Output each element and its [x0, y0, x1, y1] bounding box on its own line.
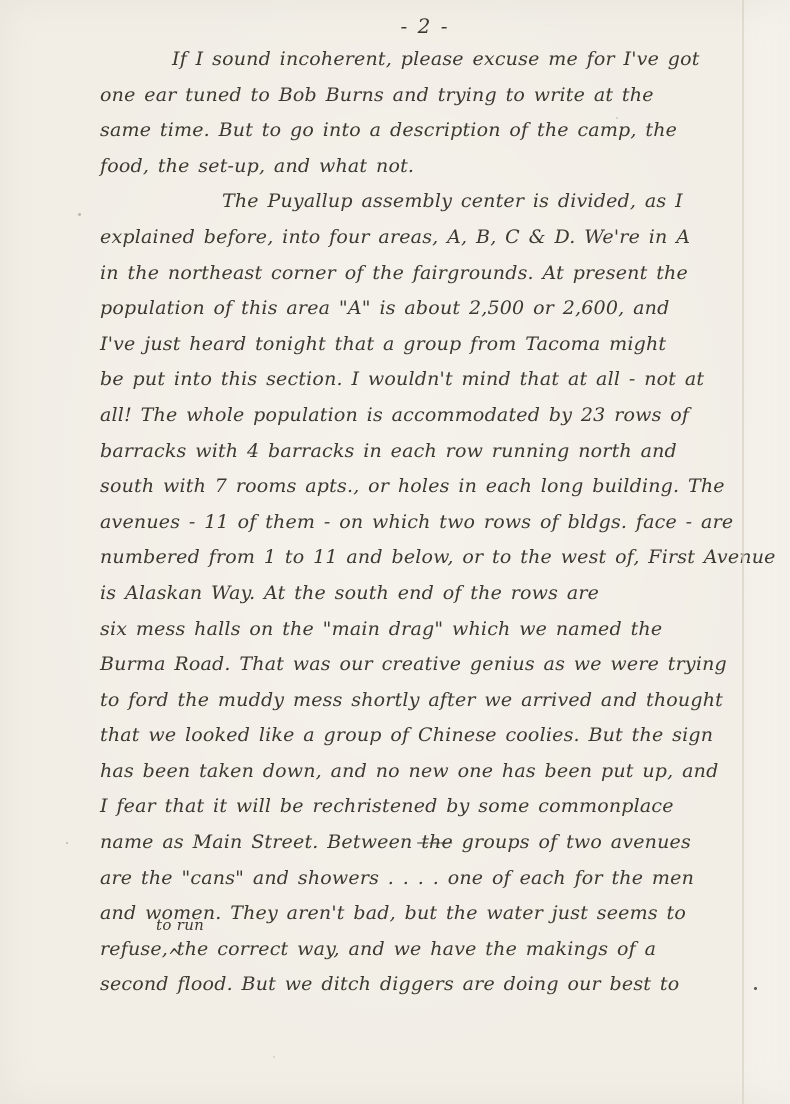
- paper-fold-line: [742, 0, 744, 1104]
- paper-speck: [616, 117, 618, 119]
- handwritten-line: be put into this section. I wouldn't min…: [100, 362, 748, 398]
- page-number: - 2 -: [360, 14, 490, 38]
- handwritten-line: six mess halls on the "main drag" which …: [100, 612, 748, 648]
- handwritten-line: food, the set-up, and what not.: [100, 149, 748, 185]
- handwritten-line: has been taken down, and no new one has …: [100, 754, 748, 790]
- handwritten-line: same time. But to go into a description …: [100, 113, 748, 149]
- paragraph: If I sound incoherent, please excuse me …: [100, 42, 748, 184]
- paper-speck: [78, 213, 81, 216]
- handwritten-line: is Alaskan Way. At the south end of the …: [100, 576, 748, 612]
- handwritten-line: The Puyallup assembly center is divided,…: [100, 184, 748, 220]
- paper-speck: [66, 842, 68, 844]
- letter-body: If I sound incoherent, please excuse me …: [100, 42, 748, 1003]
- paper-speck: [273, 1056, 275, 1058]
- handwritten-line: south with 7 rooms apts., or holes in ea…: [100, 469, 748, 505]
- handwritten-line: barracks with 4 barracks in each row run…: [100, 434, 748, 470]
- handwritten-line: in the northeast corner of the fairgroun…: [100, 256, 748, 292]
- handwritten-line: second flood. But we ditch diggers are d…: [100, 967, 748, 1003]
- handwritten-line: If I sound incoherent, please excuse me …: [100, 42, 748, 78]
- handwritten-line: I've just heard tonight that a group fro…: [100, 327, 748, 363]
- handwritten-line: one ear tuned to Bob Burns and trying to…: [100, 78, 748, 114]
- inserted-words-above-line: to run: [156, 916, 204, 934]
- handwritten-line: Burma Road. That was our creative genius…: [100, 647, 748, 683]
- handwritten-line: numbered from 1 to 11 and below, or to t…: [100, 540, 748, 576]
- handwritten-line: I fear that it will be rechristened by s…: [100, 789, 748, 825]
- handwritten-line: name as Main Street. Between t̶h̶e̶ grou…: [100, 825, 748, 861]
- handwritten-line: that we looked like a group of Chinese c…: [100, 718, 748, 754]
- handwritten-line: explained before, into four areas, A, B,…: [100, 220, 748, 256]
- paragraph: The Puyallup assembly center is divided,…: [100, 184, 748, 1003]
- insertion-caret-mark: ^: [168, 944, 181, 969]
- handwritten-line: population of this area "A" is about 2,5…: [100, 291, 748, 327]
- handwritten-line: to ford the muddy mess shortly after we …: [100, 683, 748, 719]
- stray-ink-dot: [754, 987, 757, 990]
- handwritten-line: are the "cans" and showers . . . . one o…: [100, 861, 748, 897]
- handwritten-line: refuse, the correct way, and we have the…: [100, 932, 748, 968]
- handwritten-line: avenues - 11 of them - on which two rows…: [100, 505, 748, 541]
- handwritten-line: all! The whole population is accommodate…: [100, 398, 748, 434]
- scanned-letter-page: - 2 - If I sound incoherent, please excu…: [0, 0, 790, 1104]
